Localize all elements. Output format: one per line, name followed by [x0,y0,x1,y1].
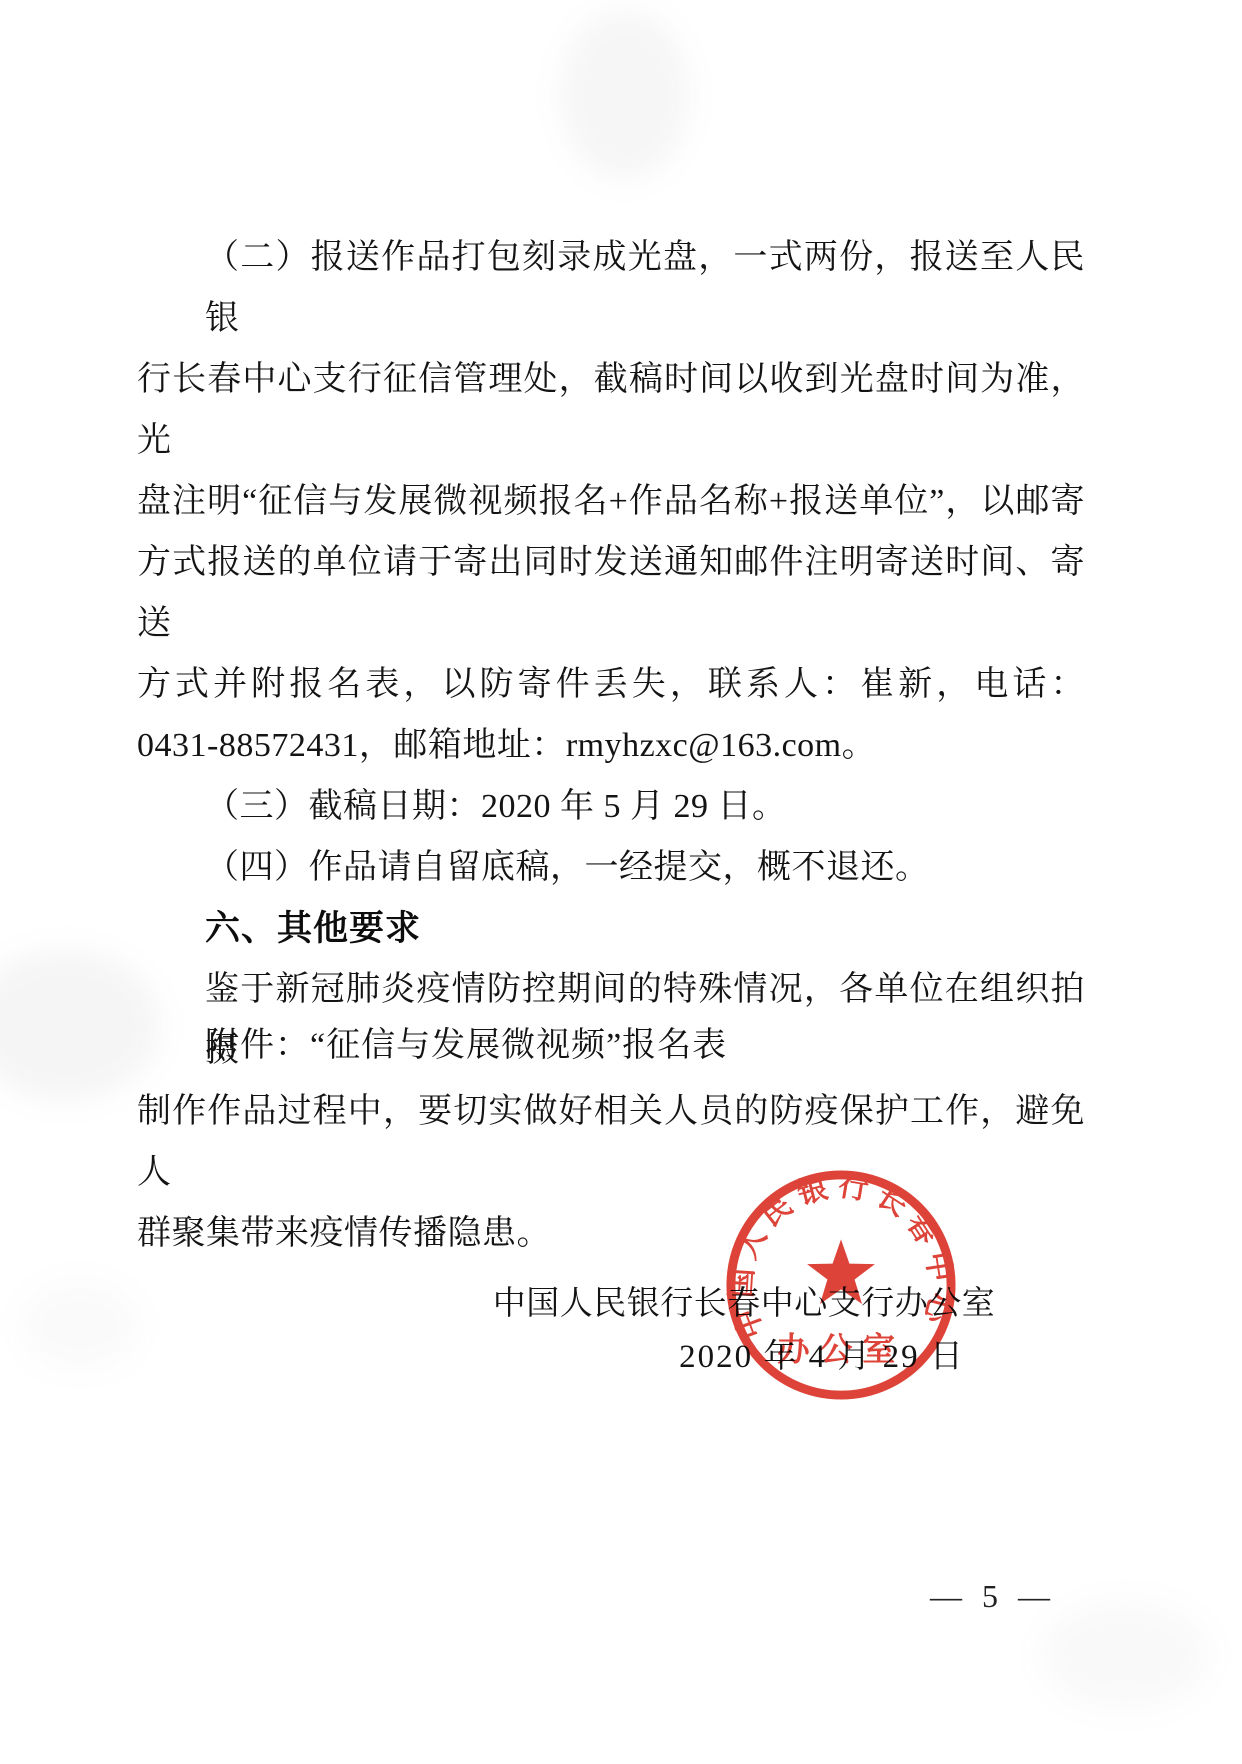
body-line: （三）截稿日期：2020 年 5 月 29 日。 [137,776,1085,837]
document-page: （二）报送作品打包刻录成光盘，一式两份，报送至人民银 行长春中心支行征信管理处，… [0,0,1242,1764]
scan-artifact [560,10,690,180]
body-line: 盘注明“征信与发展微视频报名+作品名称+报送单位”，以邮寄 [137,471,1085,532]
body-line: 行长春中心支行征信管理处，截稿时间以收到光盘时间为准，光 [137,349,1085,471]
signature-org: 中国人民银行长春中心支行办公室 [493,1277,996,1324]
body-line: （四）作品请自留底稿，一经提交，概不退还。 [137,837,1085,898]
scan-artifact [20,1280,140,1370]
attachment-line: 附件：“征信与发展微视频”报名表 [205,1015,727,1076]
body-line: （二）报送作品打包刻录成光盘，一式两份，报送至人民银 [137,227,1085,349]
body-line: 方式并附报名表，以防寄件丢失，联系人：崔新，电话： [137,654,1085,715]
section-heading: 六、其他要求 [137,898,1085,959]
scan-artifact [0,950,160,1100]
signature-date: 2020 年 4 月 29 日 [679,1330,965,1377]
body-text: （二）报送作品打包刻录成光盘，一式两份，报送至人民银 行长春中心支行征信管理处，… [137,227,1085,1264]
body-line: 群聚集带来疫情传播隐患。 [137,1203,1085,1264]
page-number: — 5 — [930,1578,1056,1615]
scan-artifact [1040,1600,1210,1710]
body-line: 方式报送的单位请于寄出同时发送通知邮件注明寄送时间、寄送 [137,532,1085,654]
body-line: 0431-88572431，邮箱地址：rmyhzxc@163.com。 [137,715,1085,776]
body-line: 制作作品过程中，要切实做好相关人员的防疫保护工作，避免人 [137,1081,1085,1203]
